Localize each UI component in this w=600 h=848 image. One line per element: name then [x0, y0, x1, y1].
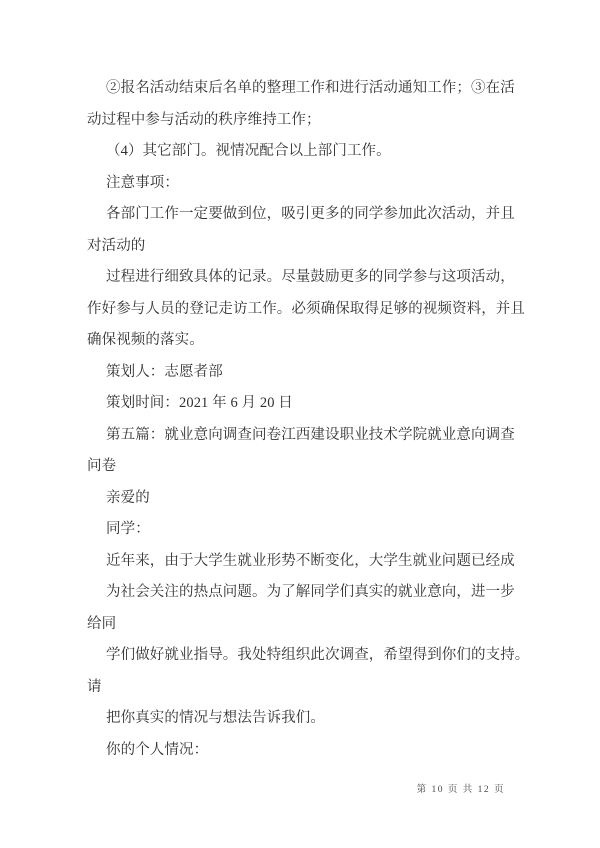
text-line: 把你真实的情况与想法告诉我们。	[0, 703, 600, 735]
text-line: 作好参与人员的登记走访工作。必须确保取得足够的视频资料，并且	[0, 294, 600, 326]
text-line: 注意事项：	[0, 168, 600, 200]
page-footer: 第 10 页 共 12 页	[417, 783, 505, 797]
text-line: 对活动的	[0, 231, 600, 263]
text-line: 为社会关注的热点问题。为了解同学们真实的就业意向，进一步	[0, 577, 600, 609]
text-line: 各部门工作一定要做到位，吸引更多的同学参加此次活动，并且	[0, 199, 600, 231]
text-line: 学们做好就业指导。我处特组织此次调查，希望得到你们的支持。	[0, 640, 600, 672]
text-line: 确保视频的落实。	[0, 325, 600, 357]
text-line: 策划时间：2021 年 6 月 20 日	[0, 388, 600, 420]
text-line: （4）其它部门。视情况配合以上部门工作。	[0, 136, 600, 168]
document-body: ②报名活动结束后名单的整理工作和进行活动通知工作；③在活动过程中参与活动的秩序维…	[0, 73, 600, 766]
page-number: 第 10 页 共 12 页	[417, 785, 505, 795]
text-line: 给同	[0, 609, 600, 641]
text-line: 第五篇：就业意向调查问卷江西建设职业技术学院就业意向调查	[0, 420, 600, 452]
text-line: 同学：	[0, 514, 600, 546]
text-line: 亲爱的	[0, 483, 600, 515]
document-page: ②报名活动结束后名单的整理工作和进行活动通知工作；③在活动过程中参与活动的秩序维…	[0, 0, 600, 848]
text-line: 请	[0, 672, 600, 704]
text-line: 过程进行细致具体的记录。尽量鼓励更多的同学参与这项活动，	[0, 262, 600, 294]
text-line: 近年来，由于大学生就业形势不断变化，大学生就业问题已经成	[0, 546, 600, 578]
text-line: 动过程中参与活动的秩序维持工作；	[0, 105, 600, 137]
text-line: 策划人：志愿者部	[0, 357, 600, 389]
text-line: 问卷	[0, 451, 600, 483]
text-line: ②报名活动结束后名单的整理工作和进行活动通知工作；③在活	[0, 73, 600, 105]
text-line: 你的个人情况：	[0, 735, 600, 767]
